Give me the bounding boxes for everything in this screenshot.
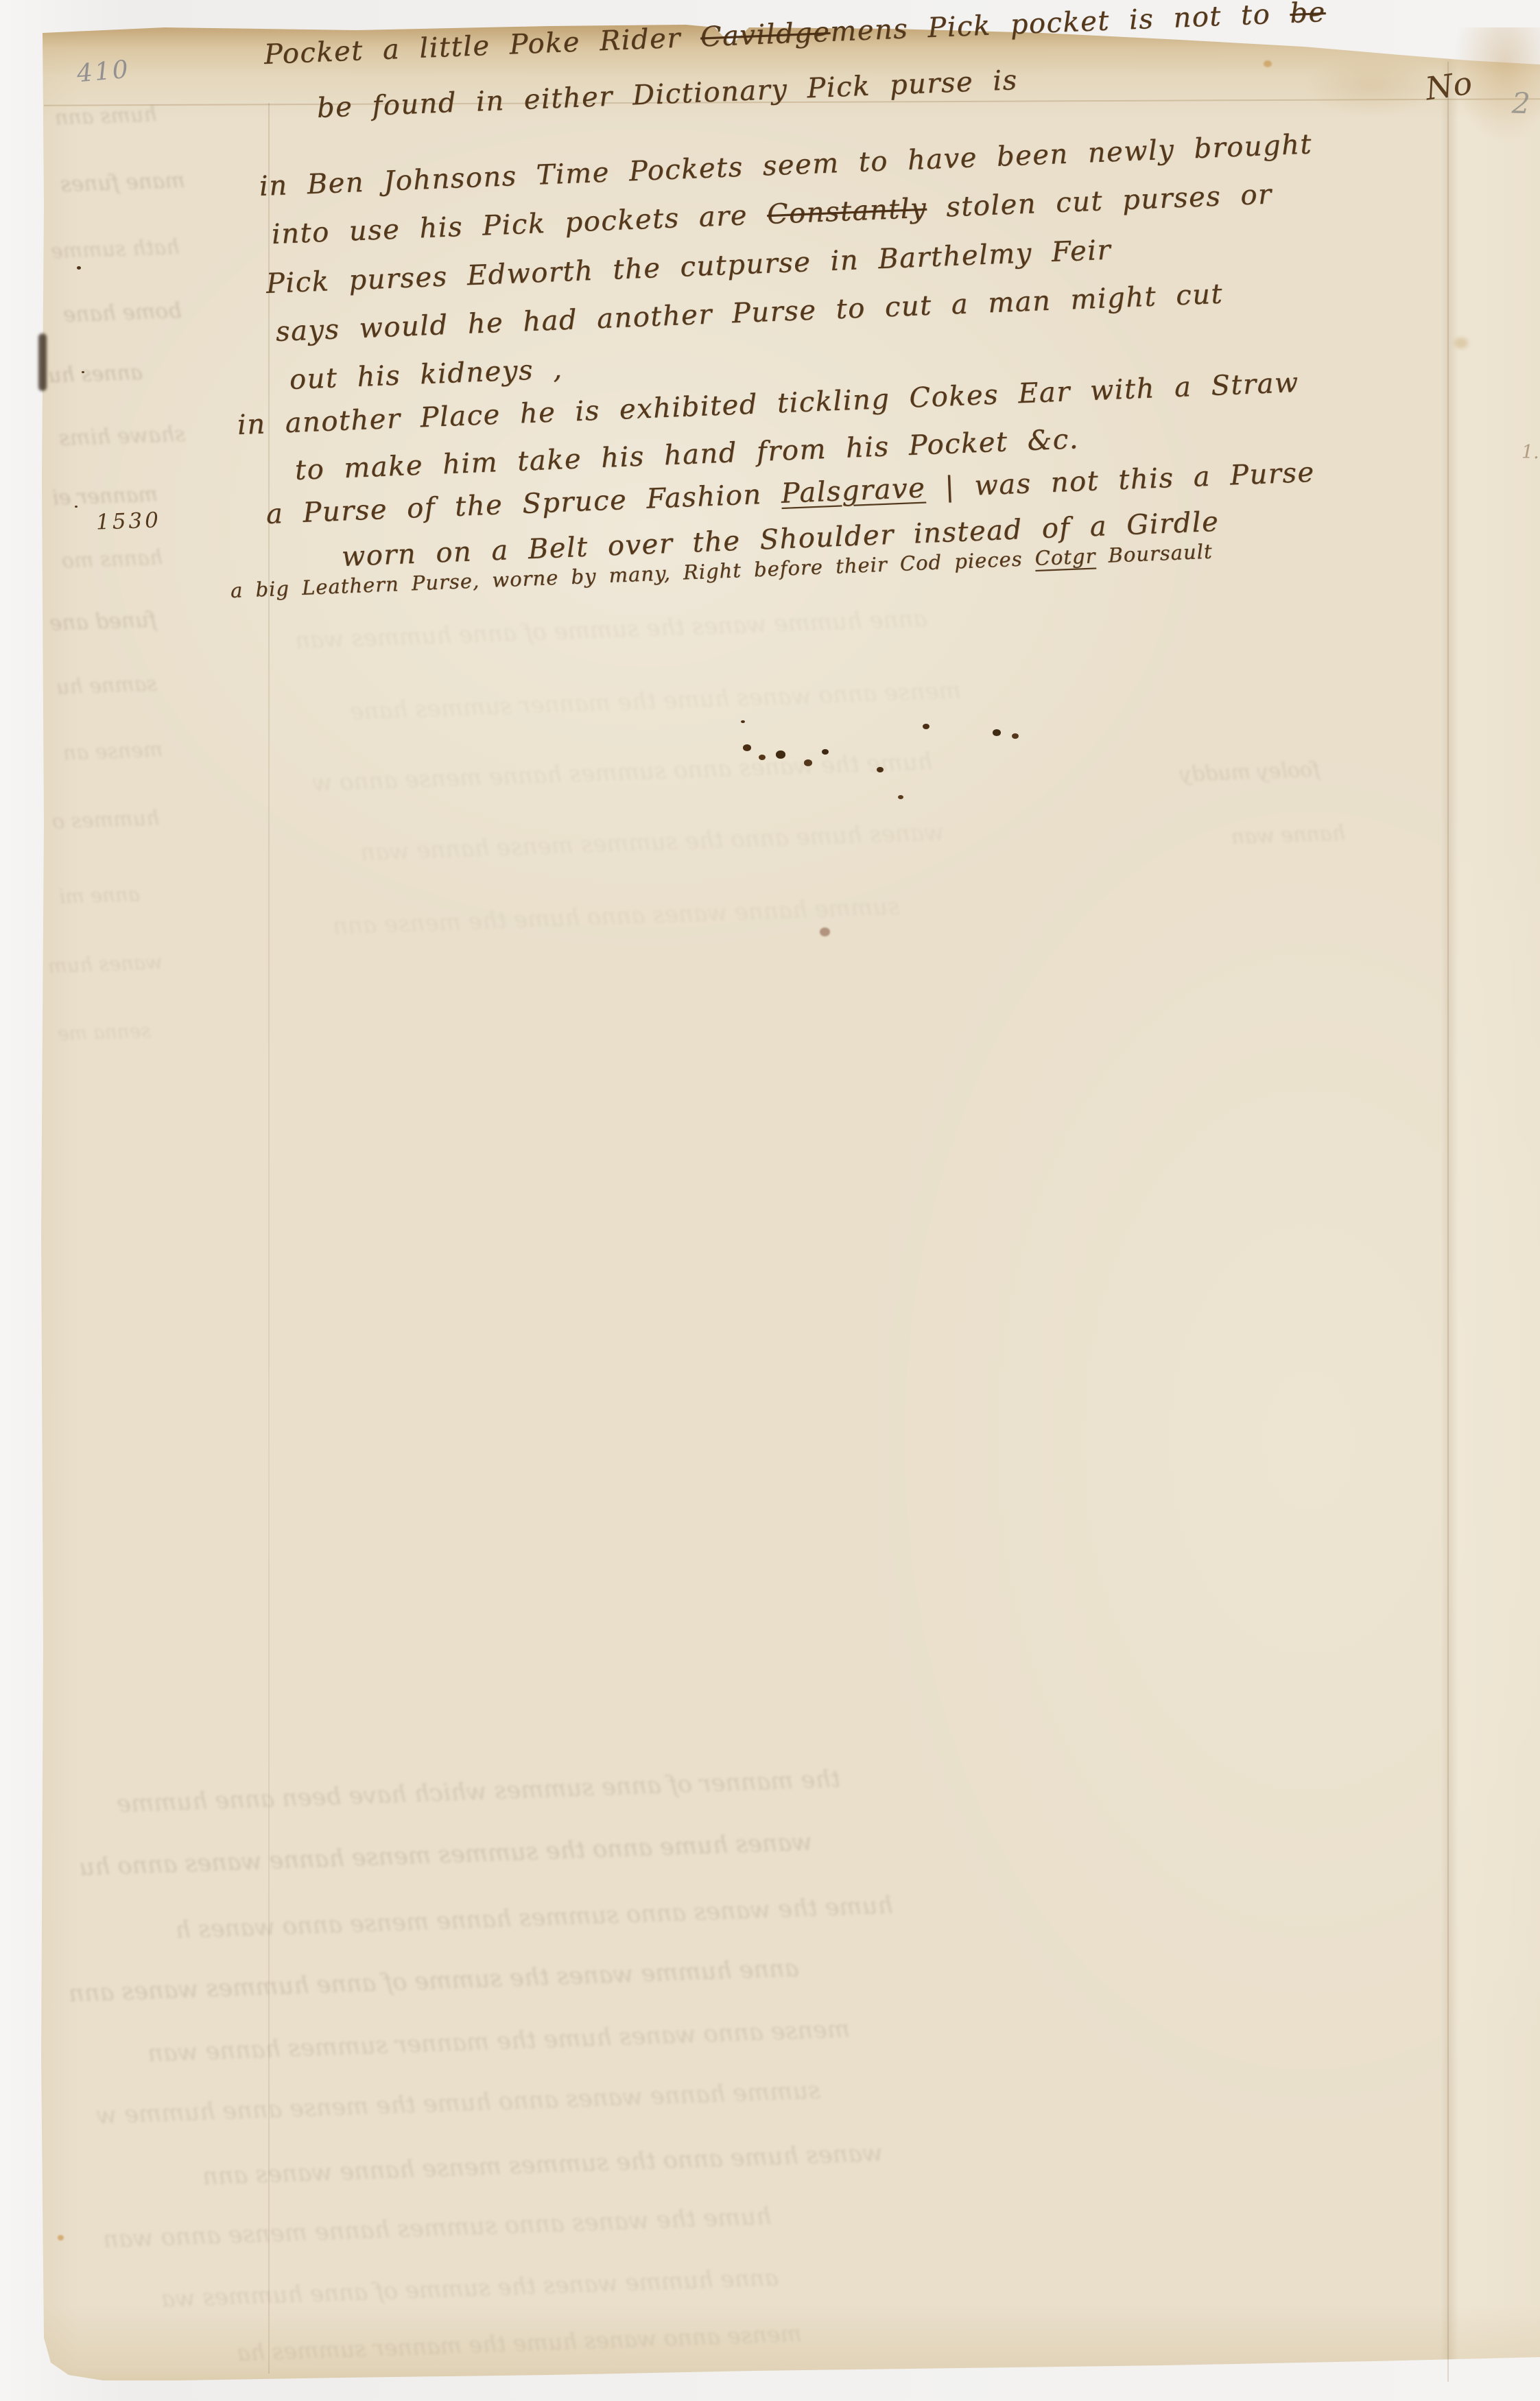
foxing-spot [1264,60,1272,67]
bleedthrough-line: anne mi [58,882,140,908]
underlined-word: Cotgr [1034,544,1096,570]
bleedthrough-line: bome hane [62,298,182,327]
text-segment: be found in either Dictionary Pick purse… [316,64,1018,124]
page-number-pencil: 2 [1511,86,1530,121]
manuscript-line: be found in either Dictionary Pick purse… [316,65,1018,123]
left-margin-fold-line [268,103,270,2374]
bleedthrough-line: hanns mo [61,545,163,573]
manuscript-line: out his kidneys , [289,354,563,395]
bleedthrough-line: hume the wanes anno summes hanne mense a… [103,2203,772,2254]
right-fold-line [1447,62,1449,2382]
bleedthrough-line: funed ane [49,607,156,635]
left-edge-ink-smudge [38,333,47,391]
bleedthrough-line: anne humme wanes the summe of anne humme… [69,1954,799,2007]
bleedthrough-line: hanne wan [1231,821,1345,849]
bleedthrough-line: mane funes [60,168,185,197]
bleedthrough-line: mense anno wanes hume the manner summes … [237,2320,803,2367]
folio-number-pencil: 410 [75,56,131,88]
right-edge-mark: 1. [1521,442,1539,463]
bleedthrough-line: shawe hims [58,422,185,451]
page-overlay: 410 No 2 1530 1. Pocket a little Poke Ri… [0,0,1540,2401]
bleedthrough-line: wanes hum [47,950,163,978]
bleedthrough-line: manner ei [51,482,158,510]
struck-word: Cavildge [700,16,831,54]
bleedthrough-line: summe hanne wanes anno hume the mense an… [333,893,901,941]
margin-year-note: 1530 [95,508,161,534]
bleedthrough-line: samne hu [56,672,157,699]
bleedthrough-line: wanes hume anno the summes mense hanne w… [202,2140,884,2191]
bleedthrough-line: mense anno wanes hume the manner summes … [147,2015,851,2068]
bleedthrough-line: hums ann [54,102,157,130]
struck-word: Constantly [766,193,927,230]
bleedthrough-line: hath summe [50,235,180,264]
bleedthrough-line: senna me [57,1019,151,1045]
bleedthrough-line: mense anno wanes hume the manner summes … [350,676,962,725]
bleedthrough-line: fooley muddy [1179,757,1320,786]
bleedthrough-line: hummes o [51,806,159,833]
foxing-spot [1454,338,1468,348]
bleedthrough-line: anne humme wanes the summe of anne humme… [295,605,928,654]
text-segment: out his kidneys , [289,353,563,396]
text-segment: Pocket a little Poke Rider [263,21,701,71]
bleedthrough-line: anne humme wanes the summe of anne humme… [161,2264,779,2313]
bleedthrough-line: mense an [62,737,163,765]
manuscript-line: Pocket a little Poke Rider Cavildgemens … [263,0,1326,70]
bleedthrough-line: annes hu [47,361,143,388]
margin-ink-specks [77,266,81,270]
text-segment: a Purse of the Spruce Fashion [265,478,782,530]
bleedthrough-line: the manner of anne summes which have bee… [117,1766,841,1819]
bleedthrough-line: summe hanne wanes anno hume the mense an… [96,2077,821,2130]
struck-word: be [1289,0,1326,29]
text-segment: mens Pick pocket is not to [829,0,1290,48]
manuscript-scan: 410 No 2 1530 1. Pocket a little Poke Ri… [0,0,1540,2401]
foxing-spot [58,2235,64,2240]
bleedthrough-line: hume the wanes anno summes hanne mense a… [175,1892,894,1945]
text-segment: | was not this a Purse [925,457,1315,504]
text-segment: stolen cut purses or [926,178,1272,224]
bleedthrough-line: hume the wanes anno summes hanne mense a… [312,748,933,797]
bleedthrough-line: wanes hume anno the summes mense hanne w… [79,1828,813,1881]
text-segment: into use his Pick pockets are [271,199,768,250]
no-mark-ink: No [1423,64,1475,108]
bleedthrough-line: wanes hume anno the summes mense hanne w… [360,818,945,866]
underlined-word: Palsgrave [781,472,926,509]
ink-blot [820,927,830,936]
ink-speck-cluster [741,720,745,723]
text-segment: Boursault [1095,540,1213,568]
top-right-smudge [1303,55,1441,117]
